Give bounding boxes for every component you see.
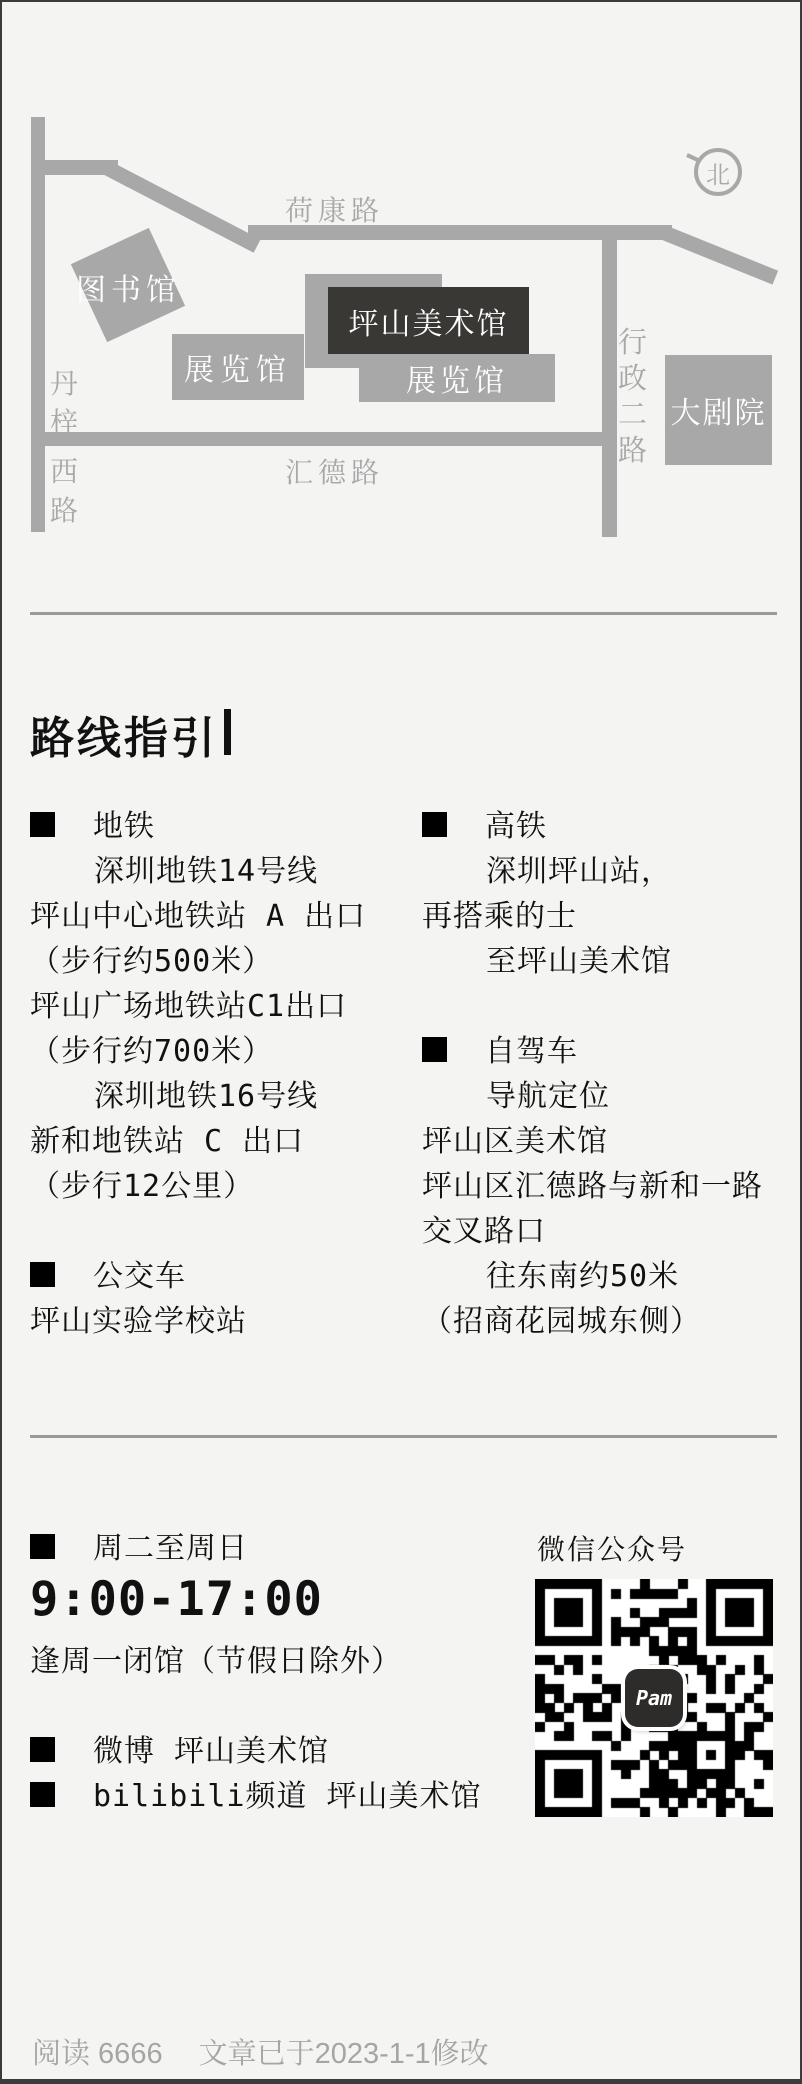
guide-blank-line [30, 1209, 405, 1254]
guide-line-text: 公交车 [93, 1259, 186, 1294]
guide-column-left: 地铁深圳地铁14号线坪山中心地铁站 A 出口（步行约500米）坪山广场地铁站C1… [30, 804, 405, 1344]
guide-line-text: 坪山区汇德路与新和一路 [422, 1169, 763, 1204]
square-bullet-icon [30, 1782, 55, 1807]
square-bullet-icon [30, 1262, 55, 1287]
compass-north-label: 北 [706, 155, 730, 190]
guide-line-text: 导航定位 [486, 1079, 610, 1114]
weibo-line: 微博 坪山美术馆 [30, 1729, 329, 1774]
compass-north-icon: 北 [694, 148, 742, 196]
guide-line-text: 坪山广场地铁站C1出口 [30, 989, 347, 1024]
guide-line-text: 自驾车 [485, 1034, 578, 1069]
guide-line: 至坪山美术馆 [422, 939, 797, 984]
separator-top [30, 612, 777, 615]
guide-line: （招商花园城东侧） [422, 1299, 797, 1344]
weibo-account-label: 微博 坪山美术馆 [93, 1734, 329, 1769]
pingshan-art-museum-label: 坪山美术馆 [328, 287, 529, 354]
road-label-xingzheng: 行政二路 [618, 324, 650, 468]
square-bullet-icon [30, 1737, 55, 1762]
closed-note: 逢周一闭馆（节假日除外） [30, 1639, 402, 1684]
location-map: 北 图书馆 展览馆 展览馆 坪山美术馆 大剧院 荷康路 汇德路 丹梓 西路 行政… [2, 2, 800, 562]
guide-column-right: 高铁深圳坪山站，再搭乘的士至坪山美术馆自驾车导航定位坪山区美术馆坪山区汇德路与新… [422, 804, 797, 1344]
road-label-hekang: 荷康路 [285, 189, 384, 229]
road-label-danzi-bottom: 西路 [50, 452, 82, 530]
guide-line-text: （步行约700米） [30, 1034, 273, 1069]
guide-line: （步行约700米） [30, 1029, 405, 1074]
square-bullet-icon [422, 1037, 447, 1062]
guide-line: 新和地铁站 C 出口 [30, 1119, 405, 1164]
guide-line-text: 深圳地铁14号线 [94, 854, 318, 889]
guide-line: 坪山实验学校站 [30, 1299, 405, 1344]
bilibili-line: bilibili频道 坪山美术馆 [30, 1774, 482, 1819]
guide-line-text: （步行约500米） [30, 944, 273, 979]
wechat-qr-code: Pam [535, 1579, 773, 1817]
guide-line: 深圳地铁14号线 [30, 849, 405, 894]
guide-blank-line [422, 984, 797, 1029]
guide-line-text: （步行12公里） [30, 1169, 254, 1204]
guide-line: 深圳地铁16号线 [30, 1074, 405, 1119]
guide-line: 高铁 [422, 804, 797, 849]
guide-line: 坪山广场地铁站C1出口 [30, 984, 405, 1029]
guide-line: （步行约500米） [30, 939, 405, 984]
road-label-danzi-top: 丹梓 [50, 364, 82, 442]
library-label: 图书馆 [76, 265, 181, 309]
wechat-official-account-label: 微信公众号 [537, 1528, 687, 1568]
guide-line: 交叉路口 [422, 1209, 797, 1254]
guide-line-text: 交叉路口 [422, 1214, 546, 1249]
qr-logo-text: Pam [636, 1686, 672, 1710]
road-label-huide: 汇德路 [285, 451, 384, 491]
road-huide-horizontal [45, 432, 602, 446]
guide-line-text: （招商花园城东侧） [422, 1304, 701, 1339]
guide-line-text: 新和地铁站 C 出口 [30, 1124, 304, 1159]
square-bullet-icon [422, 812, 447, 837]
heading-cursor [224, 709, 231, 755]
article-footer: 阅读 6666文章已于2023-1-1修改 [32, 2031, 525, 2072]
section-title-route-guide: 路线指引 [30, 702, 218, 766]
guide-line-text: 坪山实验学校站 [30, 1304, 247, 1339]
guide-line-text: 往东南约50米 [486, 1259, 679, 1294]
opening-days-line: 周二至周日 [30, 1526, 248, 1571]
guide-line: 公交车 [30, 1254, 405, 1299]
read-count: 阅读 6666 [32, 2038, 163, 2070]
guide-line-text: 高铁 [485, 809, 547, 844]
separator-bottom [30, 1435, 777, 1438]
modified-date: 文章已于2023-1-1修改 [199, 2038, 489, 2070]
guide-line: 自驾车 [422, 1029, 797, 1074]
road-xingzheng-vertical [602, 225, 617, 537]
guide-line-text: 深圳坪山站， [486, 854, 672, 889]
guide-line-text: 地铁 [93, 809, 155, 844]
guide-line: 导航定位 [422, 1074, 797, 1119]
guide-line-text: 坪山中心地铁站 A 出口 [30, 899, 366, 934]
road-hekang-diagonal-right [659, 225, 778, 285]
guide-line: 地铁 [30, 804, 405, 849]
guide-line: 深圳坪山站， [422, 849, 797, 894]
guide-line-text: 坪山区美术馆 [422, 1124, 608, 1159]
guide-line-text: 深圳地铁16号线 [94, 1079, 318, 1114]
guide-line: 坪山区美术馆 [422, 1119, 797, 1164]
qr-center-logo: Pam [625, 1669, 683, 1727]
article-page: 北 图书馆 展览馆 展览馆 坪山美术馆 大剧院 荷康路 汇德路 丹梓 西路 行政… [0, 0, 802, 2084]
square-bullet-icon [30, 1534, 55, 1559]
guide-line: 坪山区汇德路与新和一路 [422, 1164, 797, 1209]
opening-days-label: 周二至周日 [93, 1531, 248, 1566]
exhibition-hall-left-label: 展览馆 [172, 334, 304, 400]
guide-line-text: 至坪山美术馆 [486, 944, 672, 979]
guide-line: 坪山中心地铁站 A 出口 [30, 894, 405, 939]
guide-line: 再搭乘的士 [422, 894, 797, 939]
grand-theater-label: 大剧院 [665, 355, 772, 465]
guide-line: （步行12公里） [30, 1164, 405, 1209]
guide-line: 往东南约50米 [422, 1254, 797, 1299]
guide-line-text: 再搭乘的士 [422, 899, 577, 934]
exhibition-hall-right-label: 展览馆 [359, 354, 555, 402]
square-bullet-icon [30, 812, 55, 837]
road-danzi-west-vertical [31, 117, 45, 532]
opening-time: 9:00-17:00 [30, 1572, 323, 1627]
bilibili-account-label: bilibili频道 坪山美术馆 [93, 1779, 482, 1814]
